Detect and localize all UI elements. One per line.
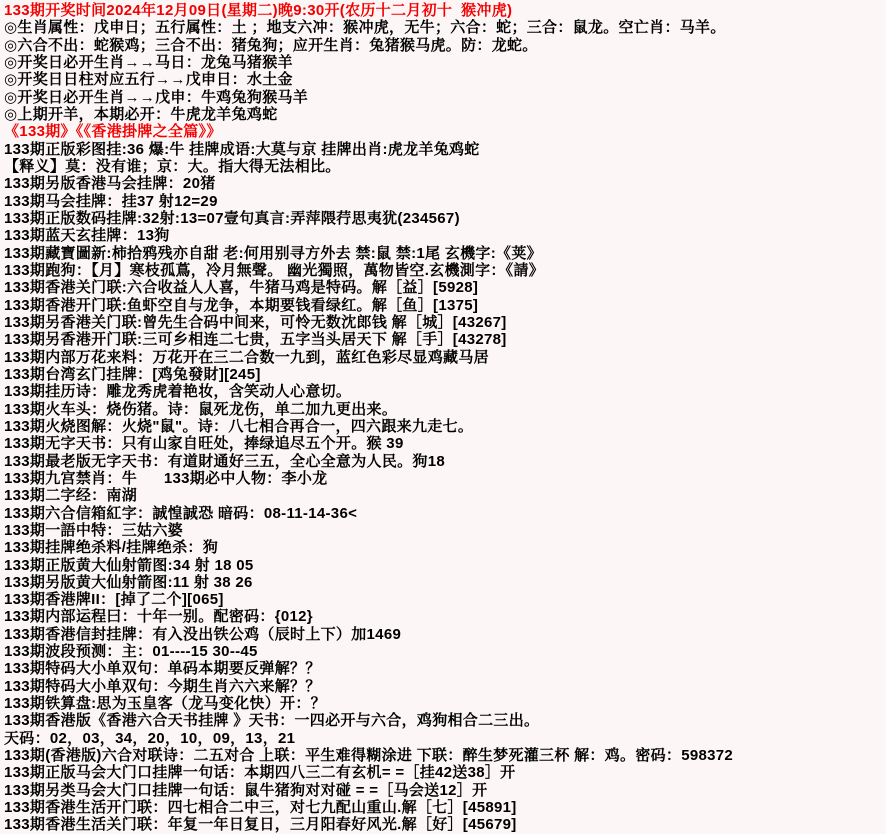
- text-line-43: 天码：02，03，34，20，10，09，13，21: [4, 730, 884, 747]
- text-line-8: 《133期》《《香港掛牌之全篇》》: [4, 123, 884, 140]
- text-line-12: 133期马会挂牌：挂37 射12=29: [4, 193, 884, 210]
- text-line-35: 133期香港牌II：[掉了二个][065]: [4, 591, 884, 608]
- text-line-24: 133期火车头：烧伤猪。诗：鼠死龙伤，单二加九更出来。: [4, 401, 884, 418]
- text-line-47: 133期香港生活开门联：四七相合二中三，对七九配山重山.解［七］[45891]: [4, 799, 884, 816]
- text-line-26: 133期无字天书：只有山家自旺处，捧绿追尽五个开。猴 39: [4, 435, 884, 452]
- text-line-7: ◎上期开羊，本期必开：牛虎龙羊兔鸡蛇: [4, 106, 884, 123]
- text-line-15: 133期藏寶圖新:柿拾鸦残亦自甜 老:何用别寻方外去 禁:鼠 禁:1尾 玄機字:…: [4, 245, 884, 262]
- content-lines: 133期开奖时间2024年12月09日(星期二)晚9:30开(农历十二月初十 猴…: [4, 2, 884, 834]
- text-line-4: ◎开奖日必开生肖→→马日：龙兔马猪猴羊: [4, 54, 884, 71]
- text-line-20: 133期另香港开门联:三可乡相连二七贵，五字当头居天下 解［手］[43278]: [4, 331, 884, 348]
- text-line-41: 133期铁算盘:思为玉皇客（龙马变化快）开：？: [4, 695, 884, 712]
- text-line-17: 133期香港关门联:六合收益人人喜，牛猪马鸡是特码。解［益］[5928]: [4, 279, 884, 296]
- text-line-3: ◎六合不出：蛇猴鸡；三合不出：猪兔狗；应开生肖：兔猪猴马虎。防：龙蛇。: [4, 37, 884, 54]
- text-line-23: 133期挂历诗：雕龙秀虎着艳妆，含笑动人心意切。: [4, 383, 884, 400]
- text-line-14: 133期蓝天玄挂牌：13狗: [4, 227, 884, 244]
- lottery-info-page: 133期开奖时间2024年12月09日(星期二)晚9:30开(农历十二月初十 猴…: [0, 0, 886, 834]
- text-line-32: 133期挂牌绝杀料/挂牌绝杀：狗: [4, 539, 884, 556]
- text-line-9: 133期正版彩图挂:36 爆:牛 挂牌成语:大莫与京 挂牌出肖:虎龙羊兔鸡蛇: [4, 141, 884, 158]
- text-line-25: 133期火烧图解：火烧"鼠"。诗：八七相合再合一，四六跟来九走七。: [4, 418, 884, 435]
- text-line-28: 133期九宫禁肖：牛 133期必中人物：李小龙: [4, 470, 884, 487]
- text-line-34: 133期另版黄大仙射箭图:11 射 38 26: [4, 574, 884, 591]
- text-line-31: 133期一語中特：三姑六婆: [4, 522, 884, 539]
- text-line-13: 133期正版数码挂牌:32射:13=07壹句真言:弄萍隈荇思夷犹(234567): [4, 210, 884, 227]
- text-line-42: 133期香港版《香港六合天书挂牌 》天书：一四必开与六合，鸡狗相合二三出。: [4, 712, 884, 729]
- text-line-1: 133期开奖时间2024年12月09日(星期二)晚9:30开(农历十二月初十 猴…: [4, 2, 884, 19]
- text-line-2: ◎生肖属性：戊申日；五行属性：土 ；地支六冲：猴冲虎，无牛；六合：蛇；三合：鼠龙…: [4, 19, 884, 36]
- text-line-44: 133期(香港版)六合对联诗：二五对合 上联：平生难得糊涂进 下联：醉生梦死灌三…: [4, 747, 884, 764]
- text-line-37: 133期香港信封挂牌：有入没出铁公鸡（辰时上下）加1469: [4, 626, 884, 643]
- text-line-46: 133期另类马会大门口挂牌一句话：鼠牛猪狗对对碰 = =［马会送12］开: [4, 782, 884, 799]
- text-line-5: ◎开奖日日柱对应五行→→戊申日：水土金: [4, 71, 884, 88]
- text-line-16: 133期跑狗：【月】寒枝孤蔦，冷月無聲。 幽光獨照，萬物皆空.玄機測字：《請》: [4, 262, 884, 279]
- text-line-22: 133期台湾玄门挂牌：[鸡兔發財][245]: [4, 366, 884, 383]
- text-line-27: 133期最老版无字天书：有道財通好三五，全心全意为人民。狗18: [4, 453, 884, 470]
- text-line-45: 133期正版马会大门口挂牌一句话：本期四八三二有玄机= =［挂42送38］开: [4, 764, 884, 781]
- text-line-6: ◎开奖日必开生肖→→戊申：牛鸡兔狗猴马羊: [4, 89, 884, 106]
- text-line-38: 133期波段预测：主：01----15 30--45: [4, 643, 884, 660]
- text-line-40: 133期特码大小单双句：今期生肖六六来解？？: [4, 678, 884, 695]
- text-line-29: 133期二字经：南湖: [4, 487, 884, 504]
- text-line-33: 133期正版黄大仙射箭图:34 射 18 05: [4, 557, 884, 574]
- text-line-36: 133期内部运程曰：十年一别。配密码：{012}: [4, 608, 884, 625]
- text-line-30: 133期六合信箱紅字：誠惶誠恐 暗码：08-11-14-36<: [4, 505, 884, 522]
- text-line-21: 133期内部万花来料：万花开在三二合数一九到，蓝红色彩尽显鸡藏马居: [4, 349, 884, 366]
- text-line-11: 133期另版香港马会挂牌：20猪: [4, 175, 884, 192]
- text-line-18: 133期香港开门联:鱼虾空自与龙争，本期要钱看绿红。解［鱼］[1375]: [4, 297, 884, 314]
- text-line-10: 【释义】莫：没有谁；京：大。指大得无法相比。: [4, 158, 884, 175]
- text-line-39: 133期特码大小单双句：单码本期要反弹解？？: [4, 660, 884, 677]
- text-line-19: 133期另香港关门联:曾先生合码中间来，可怜无数沈郎钱 解［城］[43267]: [4, 314, 884, 331]
- text-line-48: 133期香港生活关门联：年复一年日复日，三月阳春好风光.解［好］[45679]: [4, 816, 884, 833]
